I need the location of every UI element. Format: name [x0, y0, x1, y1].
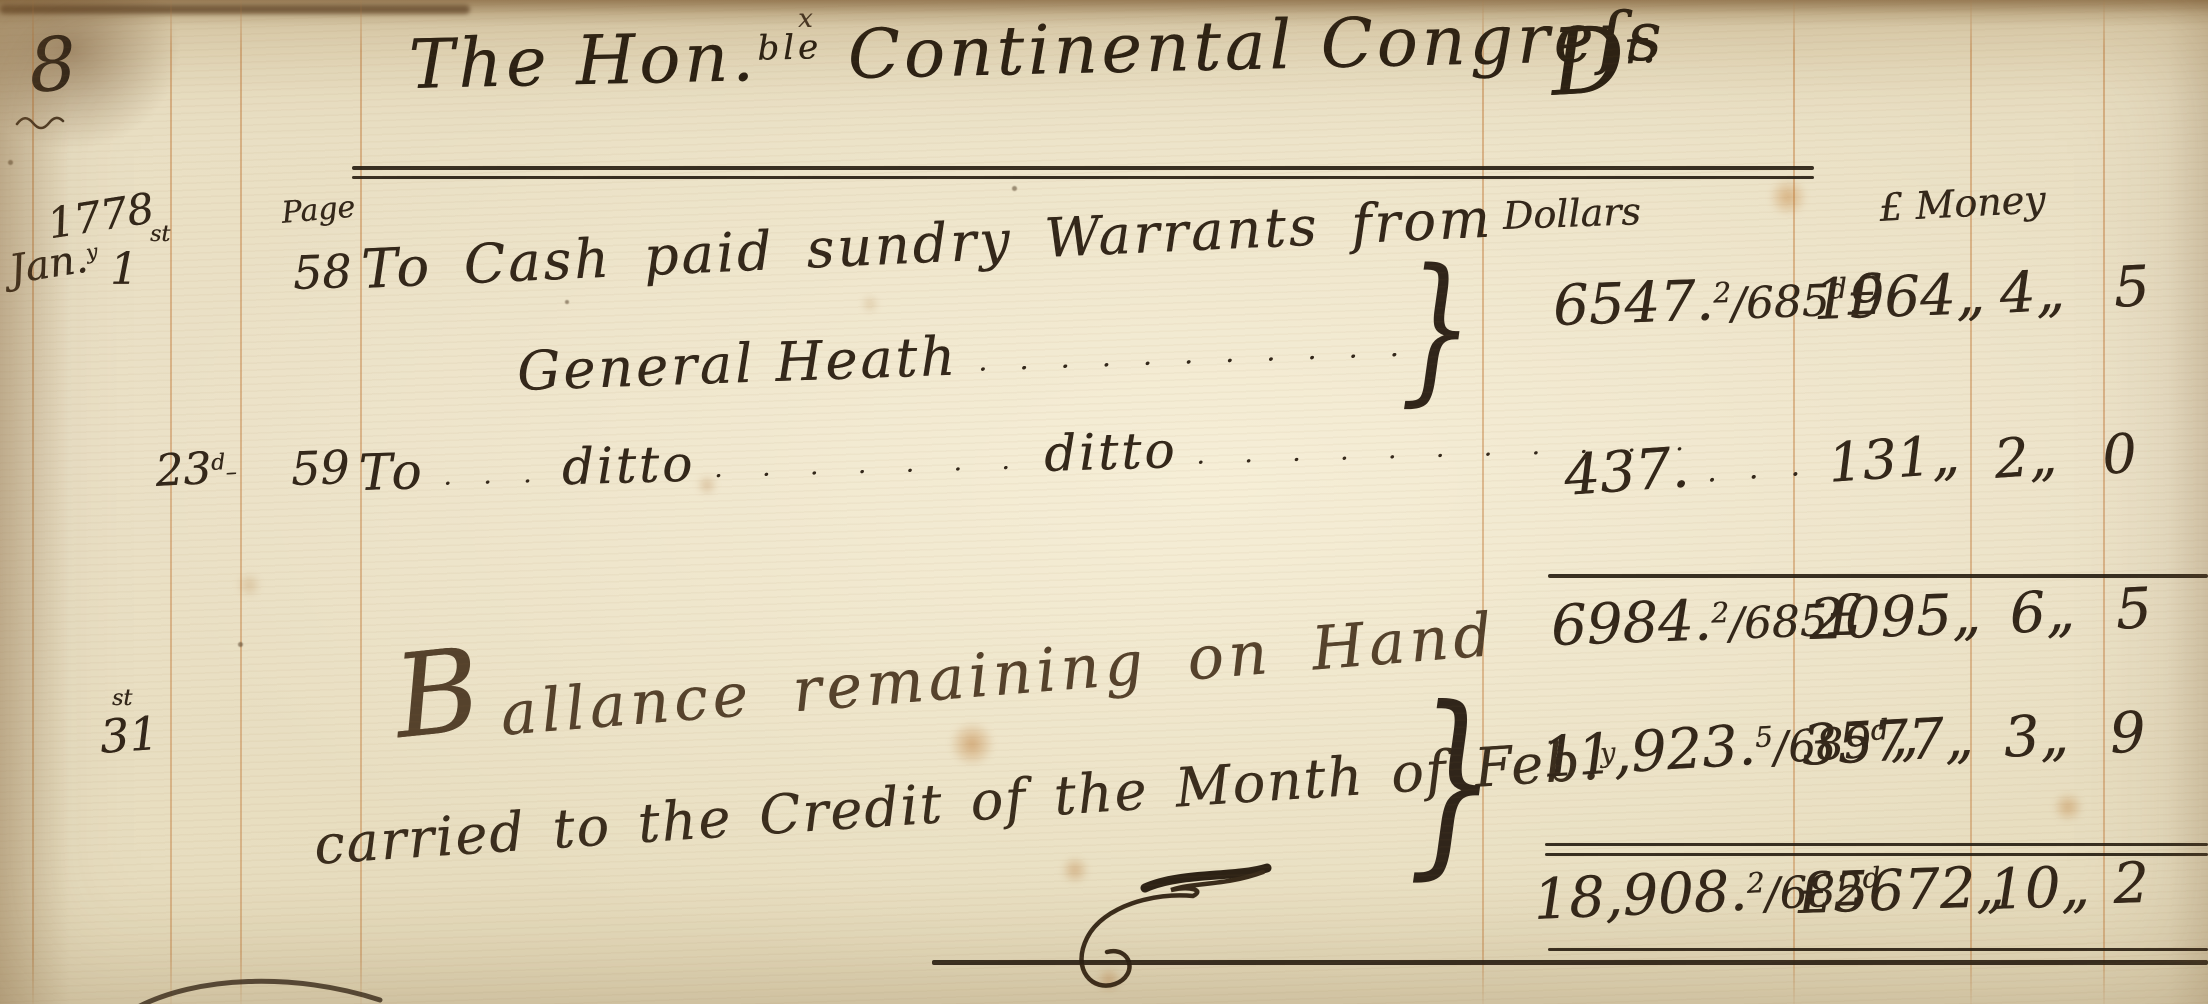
- next-entry-partial-stroke: [130, 972, 390, 1004]
- day-ordinal-sup: st: [150, 222, 170, 247]
- ink-speck: [565, 300, 569, 304]
- dollars-frac-num: 2: [1746, 866, 1765, 900]
- entry1-pounds: 1964„: [1812, 262, 1986, 333]
- dollars-main: 6984.: [1550, 588, 1712, 659]
- entry2-shillings: 2„: [1992, 424, 2059, 491]
- ditto-to: To: [358, 442, 425, 502]
- ditto-word: ditto: [561, 435, 696, 497]
- entry2-page-ref: 59: [290, 440, 350, 496]
- ditto-word: ditto: [1043, 421, 1178, 483]
- entry1-brace: }: [1400, 248, 1473, 408]
- entry1-pence: 5: [2112, 254, 2151, 321]
- dollars-frac-num: 2: [1713, 276, 1732, 310]
- leader-dots: . . .: [1706, 448, 1813, 488]
- folio-number: 8: [26, 21, 79, 110]
- money-column-header: £ Money: [1878, 177, 2047, 230]
- balance-day: 31: [98, 706, 160, 764]
- dollars-frac-num: 2: [1711, 596, 1730, 630]
- day-text: 23: [154, 443, 213, 497]
- entry1-page-ref: 58: [292, 244, 352, 300]
- page-column-header: Page: [280, 190, 356, 231]
- day-dash: –: [225, 459, 249, 485]
- entry2-pence: 0: [2100, 422, 2139, 487]
- month-text: Jan.: [6, 236, 91, 294]
- subtotal-pounds: 2095„: [1808, 582, 1982, 653]
- balance-shillings: 3„: [2002, 703, 2070, 771]
- grand-total-pounds: £5672„: [1796, 855, 2005, 927]
- dollars-main: 11,923.: [1540, 713, 1757, 791]
- entry2-description: To . . . ditto . . . . . . . ditto . . .…: [358, 407, 1700, 502]
- ledger-page: 8 x The Hon.ble Continental Congreſs Dr.…: [0, 0, 2208, 1004]
- ledger-vertical-rule: [240, 0, 242, 1004]
- leader-dots: . . .: [443, 459, 544, 491]
- entry1-day: 1: [110, 244, 138, 295]
- foxing-stain: [860, 294, 880, 314]
- title-part1: The Hon.: [408, 18, 758, 105]
- title-underline: [352, 176, 1814, 179]
- balance-pence: 9: [2108, 700, 2147, 767]
- dollars-main: 6547.: [1552, 268, 1714, 339]
- bottom-rule-heavy: [932, 960, 2208, 965]
- foxing-stain: [1768, 178, 1808, 216]
- month-sup: y: [84, 239, 99, 264]
- ledger-vertical-rule: [32, 0, 34, 1004]
- entry1-description-line2: General Heath . . . . . . . . . . .: [516, 309, 1411, 403]
- dollars-main: 18,908.: [1532, 859, 1748, 933]
- dollars-column-header: Dollars: [1502, 189, 1641, 238]
- entry1-shillings: 4„: [1998, 259, 2066, 327]
- title-underline: [352, 166, 1814, 170]
- entry2-pounds: 131„: [1826, 423, 1961, 495]
- foxing-stain: [236, 572, 262, 598]
- grand-total-pence: 2: [2112, 851, 2150, 917]
- entry2-day: 23d–: [154, 441, 250, 497]
- ink-speck: [1012, 186, 1017, 191]
- entry1-payee: General Heath: [516, 325, 959, 403]
- leader-dots: . . . . . . . . . . .: [978, 332, 1411, 378]
- leader-dots: . . . . . . .: [714, 445, 1026, 483]
- subtotal-rule: [1548, 574, 2208, 578]
- balance-brace: }: [1408, 682, 1497, 882]
- ink-speck: [238, 642, 243, 647]
- dollars-main: 437.: [1562, 435, 1691, 509]
- grand-total-shillings: 10„: [1988, 855, 2090, 923]
- ledger-vertical-rule: [170, 0, 172, 1004]
- debit-letter: D: [1548, 6, 1627, 117]
- balance-line1: allance remaining on Hand: [498, 600, 1499, 750]
- pen-flourish: [1005, 858, 1305, 1004]
- title-part2: Continental Congreſs: [821, 0, 1666, 96]
- subtotal-shillings: 6„: [2008, 579, 2076, 647]
- entry1-description-line1: To Cash paid sundry Warrants from: [360, 187, 1494, 301]
- foxing-stain: [2052, 792, 2084, 822]
- title-superscript: ble: [757, 27, 823, 68]
- bottom-rule: [1548, 948, 2208, 951]
- debit-abbreviation: Dr.: [1548, 4, 1659, 116]
- folio-flourish: [14, 112, 68, 130]
- dollars-frac-num: 5: [1754, 720, 1774, 754]
- balance-initial: B: [388, 623, 486, 765]
- ink-speck: [8, 160, 13, 165]
- entry1-month: Jan.y: [6, 234, 102, 293]
- day-sup: d: [210, 450, 225, 476]
- grand-total-rule: [1545, 843, 2208, 846]
- debit-superscript: r.: [1622, 19, 1656, 75]
- subtotal-pence: 5: [2114, 576, 2153, 643]
- balance-pounds: 3577„: [1800, 705, 1975, 779]
- foxing-stain: [948, 722, 996, 766]
